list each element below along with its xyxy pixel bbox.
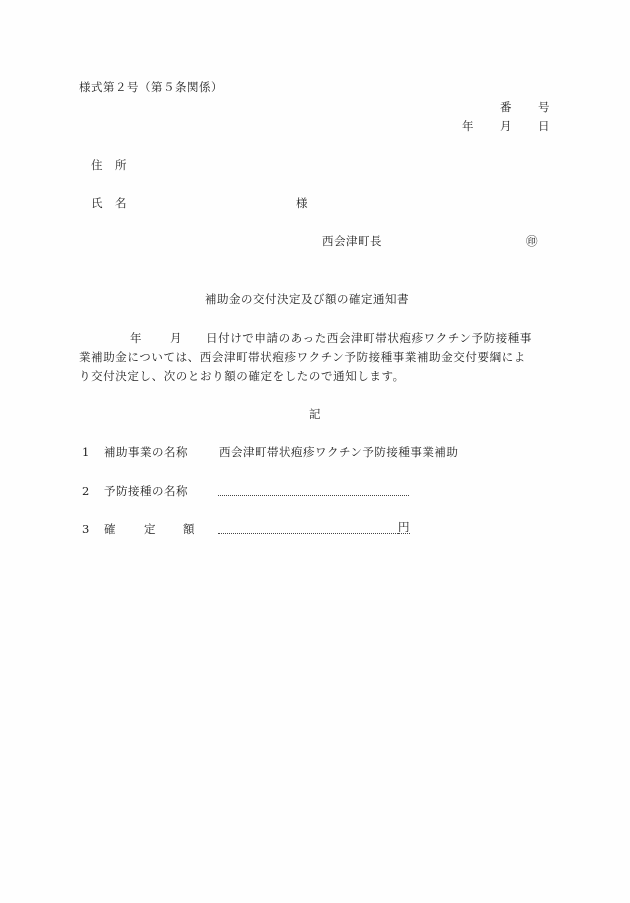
item-2-number: 2	[82, 484, 89, 498]
number-label-go: 号	[538, 100, 550, 114]
date-day-label: 日	[538, 119, 550, 133]
body-month: 月	[170, 331, 182, 345]
item-3-label-3: 額	[183, 522, 195, 536]
name-label-2: 名	[115, 196, 127, 210]
body-year: 年	[130, 331, 142, 345]
address-label-2: 所	[115, 158, 127, 172]
item-3-label-2: 定	[144, 522, 156, 536]
date-month-label: 月	[500, 119, 512, 133]
body-line-1: 日付けで申請のあった西会津町帯状疱疹ワクチン予防接種事	[206, 331, 532, 345]
item-3-unit-yen: 円	[398, 522, 410, 534]
item-2-label: 予防接種の名称	[104, 484, 188, 498]
body-line-3: り交付決定し、次のとおり額の確定をしたので通知します。	[79, 369, 405, 383]
seal-mark: ㊞	[526, 234, 538, 248]
item-1-label: 補助事業の名称	[104, 445, 188, 459]
item-1-value: 西会津町帯状疱疹ワクチン予防接種事業補助	[219, 445, 458, 459]
item-1-number: 1	[82, 445, 89, 459]
honorific-sama: 様	[296, 196, 308, 210]
item-2-value-blank-line	[218, 495, 409, 496]
item-3-value-blank-line	[218, 533, 398, 534]
body-line-2: 業補助金については、西会津町帯状疱疹ワクチン予防接種事業補助金交付要綱によ	[79, 350, 526, 364]
form-label: 様式第２号（第５条関係）	[79, 80, 223, 94]
ki-heading: 記	[309, 407, 321, 421]
item-3-number: 3	[82, 522, 89, 536]
issuer-title: 西会津町長	[322, 234, 382, 248]
name-label-1: 氏	[91, 196, 103, 210]
date-year-label: 年	[462, 119, 474, 133]
document-title: 補助金の交付決定及び額の確定通知書	[205, 292, 409, 306]
item-3-label-1: 確	[104, 522, 116, 536]
address-label-1: 住	[91, 158, 103, 172]
number-label-ban: 番	[500, 100, 512, 114]
